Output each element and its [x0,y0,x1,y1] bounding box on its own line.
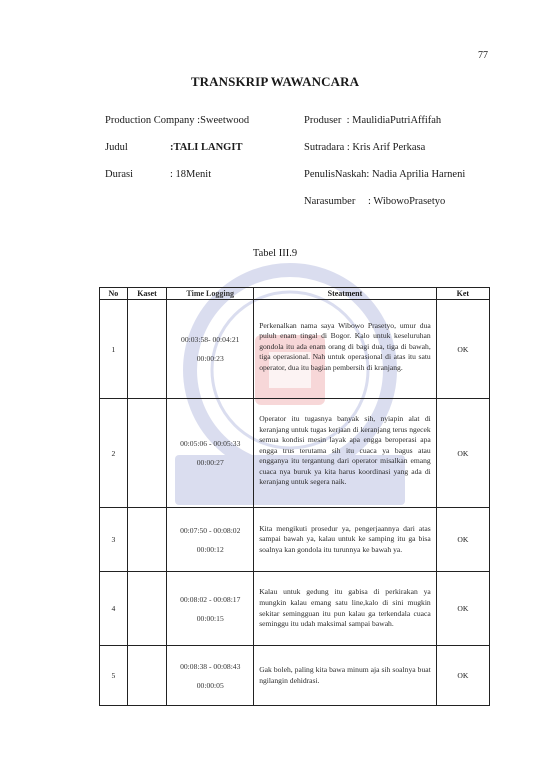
meta-judul: Judul:TALI LANGIT [105,142,242,153]
table-row: 4 00:08:02 - 00:08:17 00:00:15 Kalau unt… [100,572,490,646]
time-range: 00:08:38 - 00:08:43 [167,662,253,671]
time-range: 00:07:50 - 00:08:02 [167,526,253,535]
time-duration: 00:00:05 [167,681,253,690]
header-steatment: Steatment [254,288,437,300]
cell-no: 1 [100,300,128,399]
cell-kaset [127,399,167,508]
page-number: 77 [478,50,488,61]
header-no: No [100,288,128,300]
cell-time-logging: 00:08:02 - 00:08:17 00:00:15 [167,572,254,646]
cell-no: 5 [100,646,128,706]
cell-ket: OK [436,300,489,399]
cell-no: 4 [100,572,128,646]
meta-label: Judul [105,142,170,153]
transcript-table: No Kaset Time Logging Steatment Ket 1 00… [99,287,490,706]
meta-label: Narasumber [304,196,368,207]
table-row: 3 00:07:50 - 00:08:02 00:00:12 Kita meng… [100,508,490,572]
meta-produser: Produser : MaulidiaPutriAffifah [304,115,441,126]
cell-no: 3 [100,508,128,572]
cell-ket: OK [436,572,489,646]
table-caption: Tabel III.9 [0,248,550,259]
cell-steatment: Gak boleh, paling kita bawa minum aja si… [254,646,437,706]
steatment-text: Perkenalkan nama saya Wibowo Prasetyo, u… [254,317,436,382]
cell-steatment: Kalau untuk gedung itu gabisa di perkira… [254,572,437,646]
cell-kaset [127,508,167,572]
steatment-text: Gak boleh, paling kita bawa minum aja si… [254,665,436,686]
cell-time-logging: 00:05:06 - 00:05:33 00:00:27 [167,399,254,508]
table-row: 2 00:05:06 - 00:05:33 00:00:27 Operator … [100,399,490,508]
header-time-logging: Time Logging [167,288,254,300]
cell-kaset [127,572,167,646]
cell-steatment: Perkenalkan nama saya Wibowo Prasetyo, u… [254,300,437,399]
meta-narasumber: Narasumber: WibowoPrasetyo [304,196,445,207]
steatment-text: Operator itu tugasnya banyak sih, nyiapi… [254,410,436,496]
meta-label: PenulisNaskah [304,169,366,180]
header-ket: Ket [436,288,489,300]
meta-value: : 18Menit [170,169,211,180]
time-duration: 00:00:15 [167,614,253,623]
meta-value: : Kris Arif Perkasa [347,142,425,153]
time-range: 00:05:06 - 00:05:33 [167,439,253,448]
meta-label: Production Company [105,115,195,126]
header-kaset: Kaset [127,288,167,300]
cell-kaset [127,300,167,399]
meta-production-company: Production Company :Sweetwood [105,115,249,126]
table-row: 1 00:03:58- 00:04:21 00:00:23 Perkenalka… [100,300,490,399]
cell-kaset [127,646,167,706]
meta-label: Durasi [105,169,170,180]
cell-time-logging: 00:03:58- 00:04:21 00:00:23 [167,300,254,399]
meta-value: : Nadia Aprilia Harneni [366,169,465,180]
time-duration: 00:00:23 [167,354,253,363]
cell-no: 2 [100,399,128,508]
steatment-text: Kita mengikuti prosedur ya, pengerjaanny… [254,524,436,556]
meta-value: : WibowoPrasetyo [368,196,445,207]
document-title: TRANSKRIP WAWANCARA [0,74,550,90]
cell-ket: OK [436,646,489,706]
meta-durasi: Durasi: 18Menit [105,169,211,180]
time-duration: 00:00:27 [167,458,253,467]
time-range: 00:03:58- 00:04:21 [167,335,253,344]
table-row: 5 00:08:38 - 00:08:43 00:00:05 Gak boleh… [100,646,490,706]
meta-value: :Sweetwood [197,115,249,126]
time-range: 00:08:02 - 00:08:17 [167,595,253,604]
meta-sutradara: Sutradara : Kris Arif Perkasa [304,142,425,153]
table-header-row: No Kaset Time Logging Steatment Ket [100,288,490,300]
cell-time-logging: 00:08:38 - 00:08:43 00:00:05 [167,646,254,706]
meta-label: Produser [304,115,341,126]
meta-penulis-naskah: PenulisNaskah: Nadia Aprilia Harneni [304,169,465,180]
cell-steatment: Kita mengikuti prosedur ya, pengerjaanny… [254,508,437,572]
cell-ket: OK [436,508,489,572]
cell-time-logging: 00:07:50 - 00:08:02 00:00:12 [167,508,254,572]
meta-value: :TALI LANGIT [170,142,242,153]
steatment-text: Kalau untuk gedung itu gabisa di perkira… [254,587,436,629]
meta-label: Sutradara [304,142,344,153]
cell-ket: OK [436,399,489,508]
time-duration: 00:00:12 [167,545,253,554]
cell-steatment: Operator itu tugasnya banyak sih, nyiapi… [254,399,437,508]
meta-value: : MaulidiaPutriAffifah [347,115,442,126]
